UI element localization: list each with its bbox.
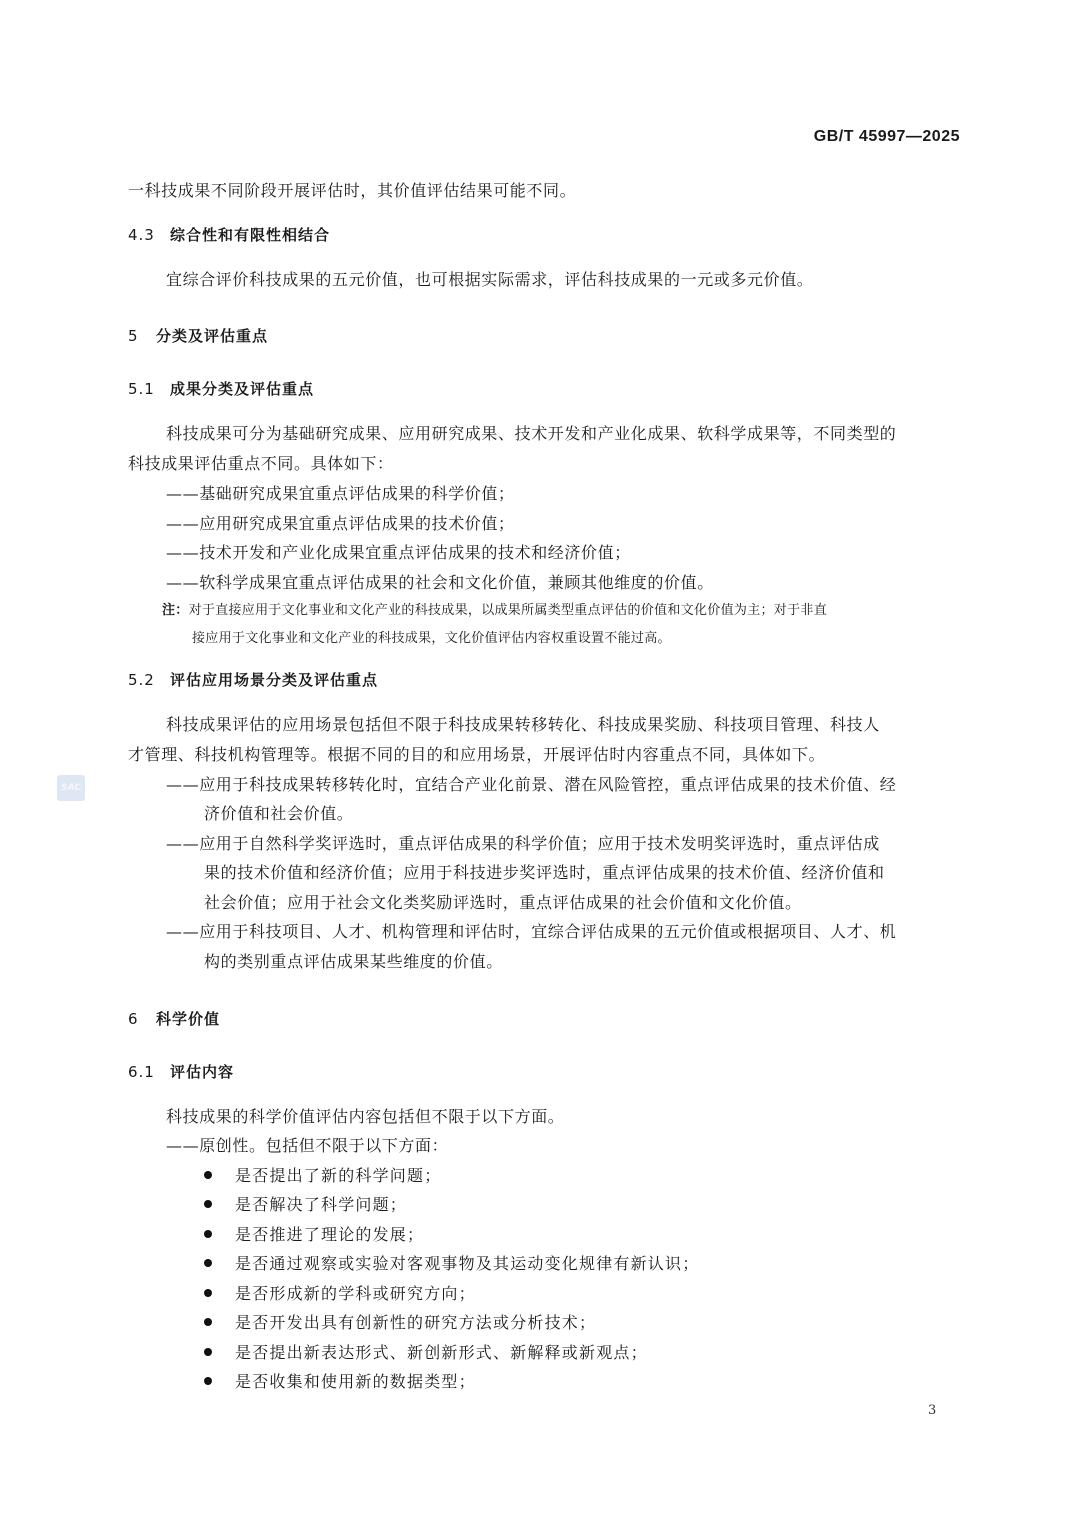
dash-list-item: ——应用于科技成果转移转化时，宜结合产业化前景、潜在风险管控，重点评估成果的技术… <box>166 772 896 795</box>
dash-list-item: ——基础研究成果宜重点评估成果的科学价值； <box>166 481 515 504</box>
bullet-icon <box>204 1377 212 1385</box>
section-title: 综合性和有限性相结合 <box>170 226 330 244</box>
dash-list-item-cont: 济价值和社会价值。 <box>204 801 353 824</box>
bullet-icon <box>204 1318 212 1326</box>
section-heading-6-1: 6.1评估内容 <box>128 1061 234 1082</box>
bullet-item: 是否解决了科学问题； <box>204 1192 407 1215</box>
dash-list-item: ——软科学成果宜重点评估成果的社会和文化价值，兼顾其他维度的价值。 <box>166 570 714 593</box>
sac-watermark-logo: SAC <box>57 775 85 801</box>
section-title: 分类及评估重点 <box>156 327 268 345</box>
section-number: 4.3 <box>128 226 170 244</box>
bullet-icon <box>204 1171 212 1179</box>
paragraph: 科技成果的科学价值评估内容包括但不限于以下方面。 <box>166 1104 564 1127</box>
bullet-item: 是否收集和使用新的数据类型； <box>204 1369 476 1392</box>
section-title: 成果分类及评估重点 <box>170 380 314 398</box>
dash-list-item-cont: 社会价值；应用于社会文化类奖励评选时，重点评估成果的社会价值和文化价值。 <box>204 890 802 913</box>
bullet-item: 是否形成新的学科或研究方向； <box>204 1281 476 1304</box>
paragraph-line: 科技成果可分为基础研究成果、应用研究成果、技术开发和产业化成果、软科学成果等，不… <box>166 421 896 444</box>
bullet-icon <box>204 1200 212 1208</box>
section-heading-5-1: 5.1成果分类及评估重点 <box>128 378 314 399</box>
bullet-item: 是否提出新表达形式、新创新形式、新解释或新观点； <box>204 1340 648 1363</box>
dash-list-item-cont: 构的类别重点评估成果某些维度的价值。 <box>204 949 503 972</box>
dash-list-item: ——技术开发和产业化成果宜重点评估成果的技术和经济价值； <box>166 540 631 563</box>
bullet-icon <box>204 1348 212 1356</box>
bullet-item: 是否开发出具有创新性的研究方法或分析技术； <box>204 1310 596 1333</box>
note-line: 注：对于直接应用于文化事业和文化产业的科技成果，以成果所属类型重点评估的价值和文… <box>162 599 827 618</box>
section-number: 5.1 <box>128 380 170 398</box>
bullet-icon <box>204 1230 212 1238</box>
section-number: 6 <box>128 1010 156 1028</box>
paragraph: 宜综合评价科技成果的五元价值，也可根据实际需求，评估科技成果的一元或多元价值。 <box>166 267 813 290</box>
section-number: 6.1 <box>128 1063 170 1081</box>
section-heading-6: 6科学价值 <box>128 1008 220 1029</box>
section-number: 5.2 <box>128 671 170 689</box>
dash-list-item: ——应用研究成果宜重点评估成果的技术价值； <box>166 511 515 534</box>
bullet-item: 是否推进了理论的发展； <box>204 1222 424 1245</box>
bullet-item: 是否通过观察或实验对客观事物及其运动变化规律有新认识； <box>204 1251 699 1274</box>
standard-code: GB/T 45997—2025 <box>814 128 960 146</box>
section-heading-5-2: 5.2评估应用场景分类及评估重点 <box>128 669 378 690</box>
section-heading-5: 5分类及评估重点 <box>128 325 268 346</box>
section-number: 5 <box>128 327 156 345</box>
dash-list-item: ——原创性。包括但不限于以下方面： <box>166 1133 448 1156</box>
page-number: 3 <box>928 1403 936 1418</box>
paragraph-line: 科技成果评估重点不同。具体如下： <box>128 451 394 474</box>
dash-list-item-cont: 果的技术价值和经济价值；应用于科技进步奖评选时，重点评估成果的技术价值、经济价值… <box>204 860 885 883</box>
section-title: 评估内容 <box>170 1063 234 1081</box>
section-heading-4-3: 4.3综合性和有限性相结合 <box>128 224 330 245</box>
paragraph-line: 才管理、科技机构管理等。根据不同的目的和应用场景，开展评估时内容重点不同，具体如… <box>128 742 825 765</box>
section-title: 科学价值 <box>156 1010 220 1028</box>
document-page: GB/T 45997—2025 SAC 一科技成果不同阶段开展评估时，其价值评估… <box>0 0 1074 1520</box>
note-line: 接应用于文化事业和文化产业的科技成果，文化价值评估内容权重设置不能过高。 <box>192 627 671 646</box>
bullet-icon <box>204 1289 212 1297</box>
bullet-icon <box>204 1259 212 1267</box>
dash-list-item: ——应用于自然科学奖评选时，重点评估成果的科学价值；应用于技术发明奖评选时，重点… <box>166 831 880 854</box>
bullet-item: 是否提出了新的科学问题； <box>204 1163 441 1186</box>
section-title: 评估应用场景分类及评估重点 <box>170 671 378 689</box>
dash-list-item: ——应用于科技项目、人才、机构管理和评估时，宜综合评估成果的五元价值或根据项目、… <box>166 919 896 942</box>
note-label: 注： <box>162 603 189 618</box>
paragraph-line: 科技成果评估的应用场景包括但不限于科技成果转移转化、科技成果奖励、科技项目管理、… <box>166 712 880 735</box>
continued-paragraph: 一科技成果不同阶段开展评估时，其价值评估结果可能不同。 <box>128 178 576 201</box>
